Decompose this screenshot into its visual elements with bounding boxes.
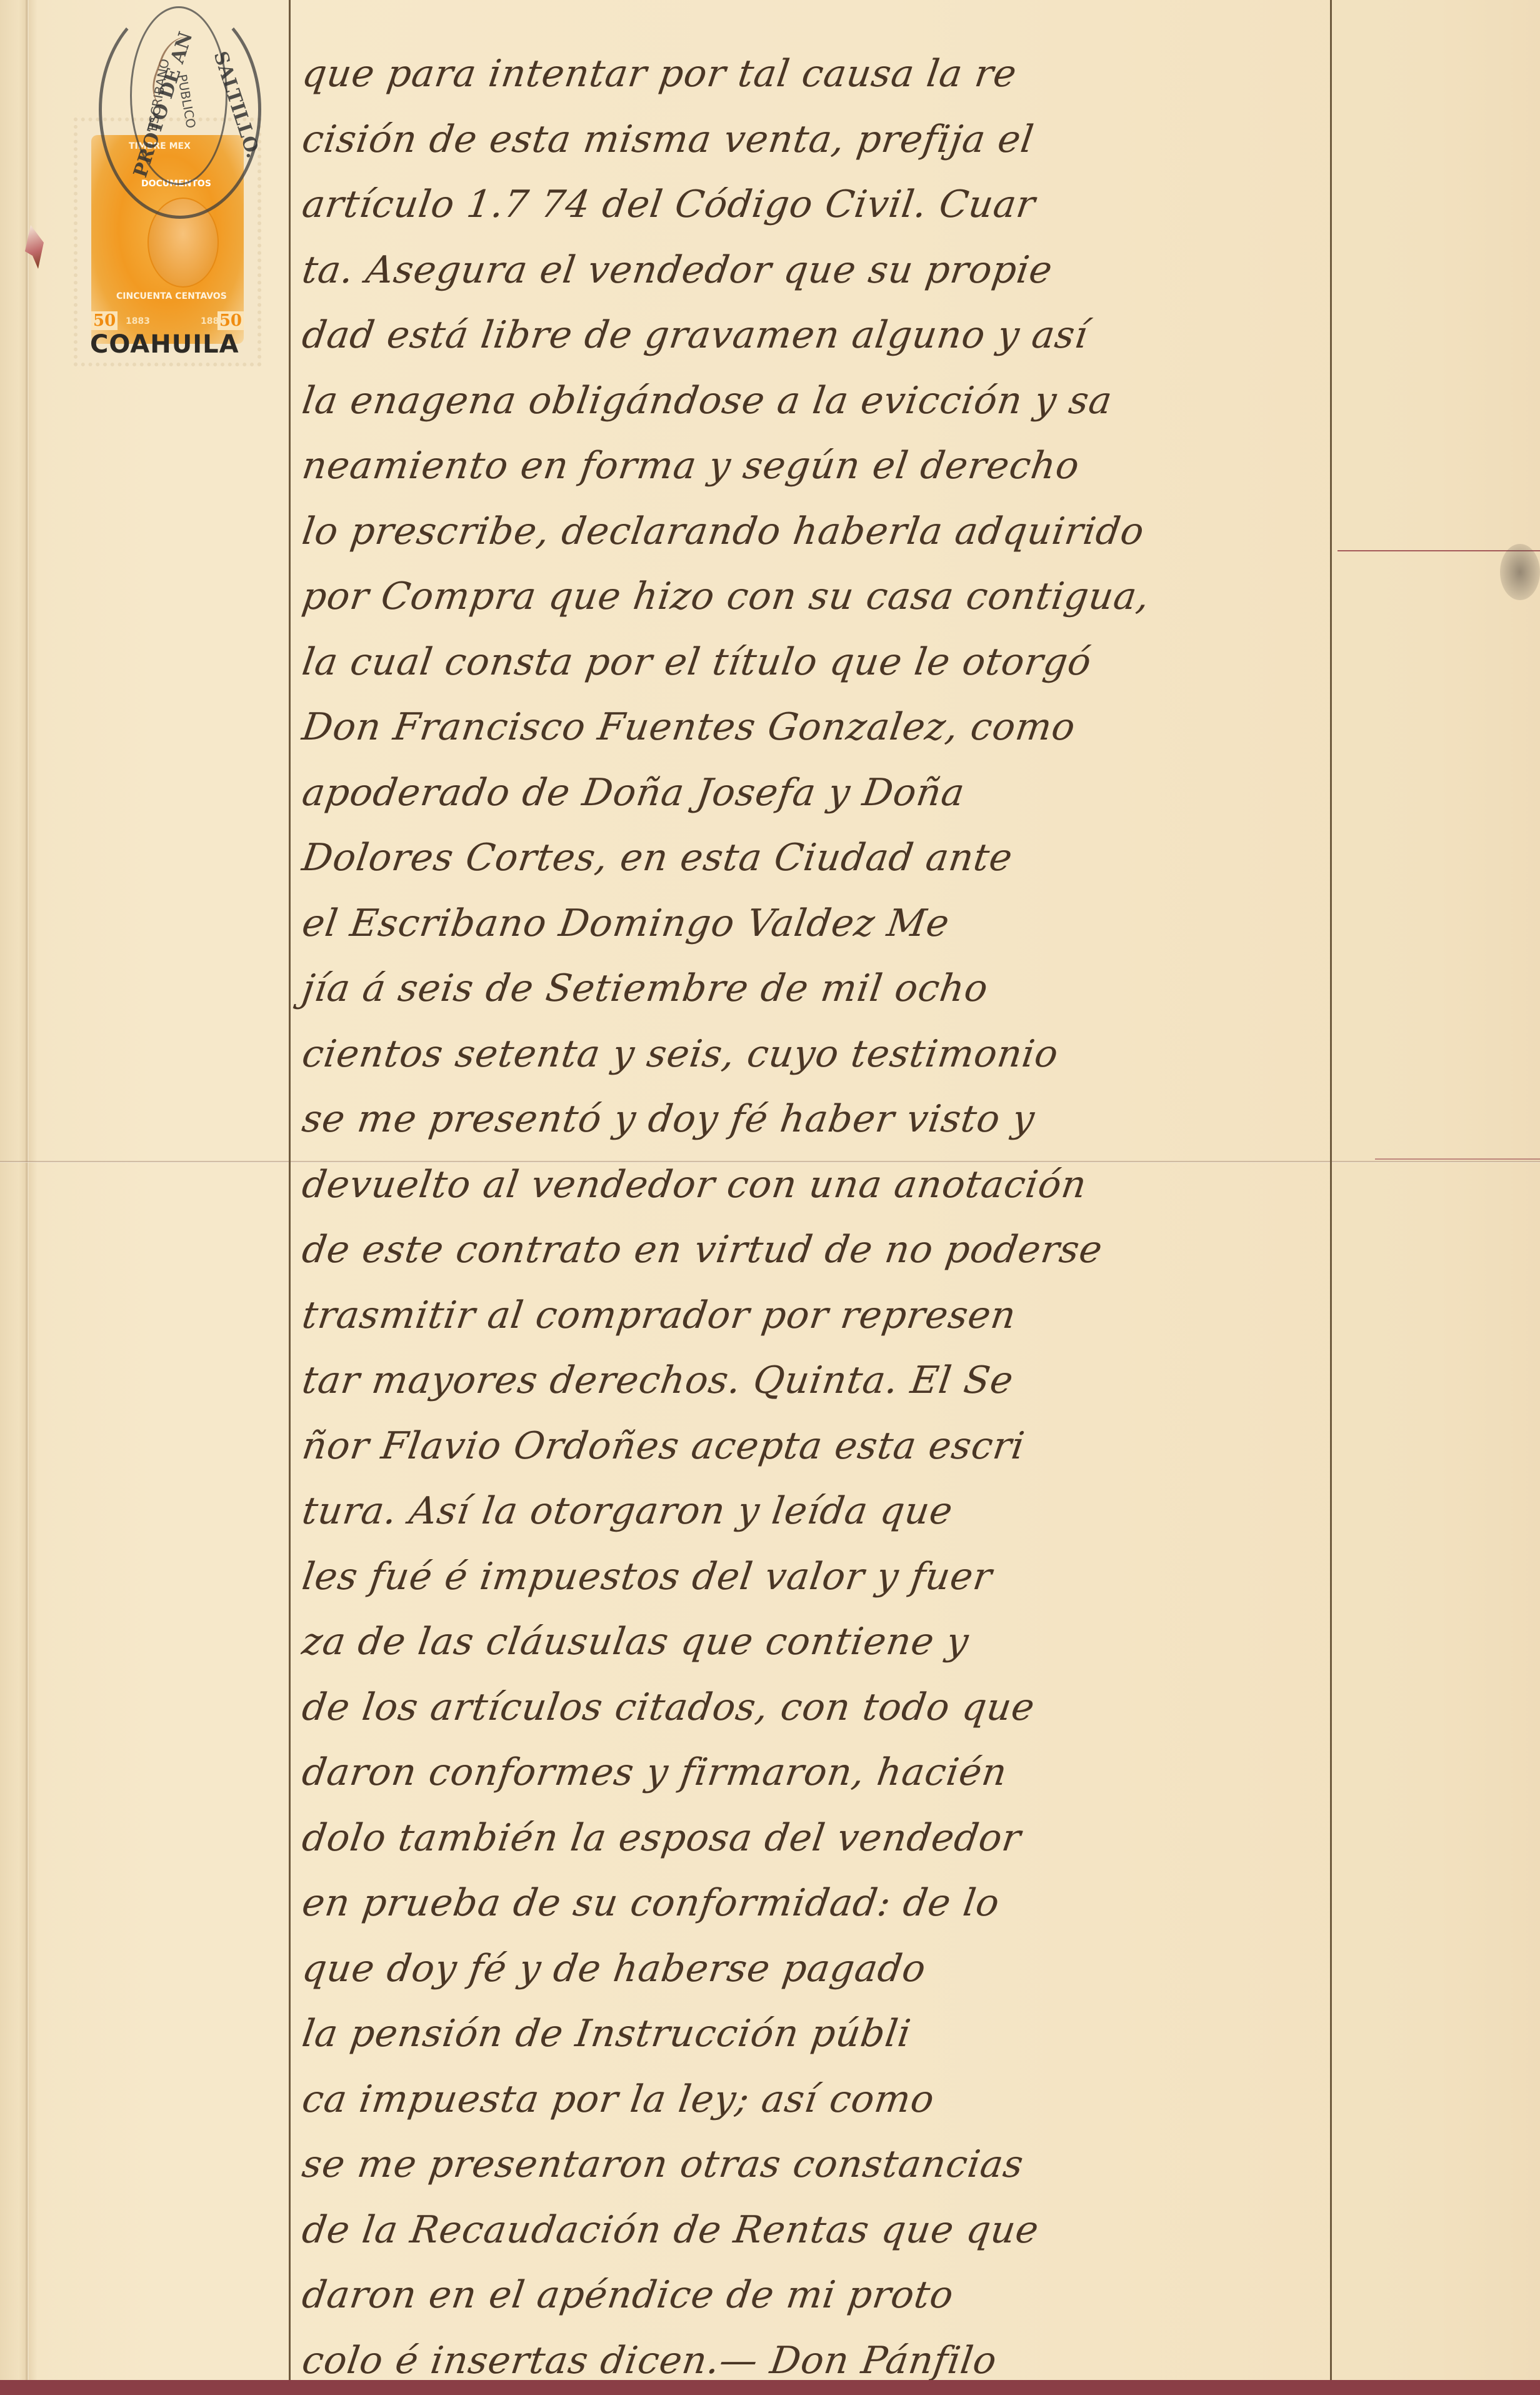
text-line: artículo 1.7 74 del Código Civil. Cuar [298,172,1332,238]
text-line: se me presentó y doy fé haber visto y [298,1087,1332,1152]
text-line: la cual consta por el título que le otor… [298,630,1332,695]
text-line: daron conformes y firmaron, hacién [298,1740,1332,1805]
text-line: tar mayores derechos. Quinta. El Se [298,1348,1332,1413]
text-line: dad está libre de gravamen alguno y así [298,303,1332,368]
text-line: de la Recaudación de Rentas que que [298,2197,1332,2263]
left-margin-rule [289,0,291,2380]
text-line: za de las cláusulas que contiene y [298,1609,1332,1675]
text-line: les fué é impuestos del valor y fuer [298,1544,1332,1610]
ink-stain [1500,544,1540,600]
stamp-overprint: COAHUILA [90,330,239,359]
text-line: trasmitir al comprador por represen [298,1283,1332,1348]
text-line: jía á seis de Setiembre de mil ocho [298,956,1332,1022]
text-line: la enagena obligándose a la evicción y s… [298,368,1332,434]
document-page: TIMBRE MEX DOCUMENTOS CINCUENTA CENTAVOS… [0,0,1540,2380]
text-line: por Compra que hizo con su casa contigua… [298,564,1332,630]
text-line: Dolores Cortes, en esta Ciudad ante [298,825,1332,891]
text-line: de los artículos citados, con todo que [298,1675,1332,1740]
crease-tear-right-lower [1375,1158,1540,1160]
text-line: ca impuesta por la ley; así como [298,2067,1332,2132]
text-line: cisión de esta misma venta, prefija el [298,107,1332,173]
text-line: tura. Así la otorgaron y leída que [298,1479,1332,1544]
text-line: se me presentaron otras constancias [298,2132,1332,2197]
stamp-value-left: 50 [91,311,117,330]
text-line: en prueba de su conformidad: de lo [298,1870,1332,1936]
text-line: ñor Flavio Ordoñes acepta esta escri [298,1413,1332,1479]
page-fold-left [25,0,29,2380]
backing-band [0,2380,1540,2395]
text-line: devuelto al vendedor con una anotación [298,1152,1332,1218]
text-line: daron en el apéndice de mi proto [298,2262,1332,2328]
text-line: que doy fé y de haberse pagado [298,1936,1332,2002]
text-line: de este contrato en virtud de no poderse [298,1217,1332,1283]
text-line: lo prescribe, declarando haberla adquiri… [298,499,1332,565]
text-line: neamiento en forma y según el derecho [298,433,1332,499]
text-line: el Escribano Domingo Valdez Me [298,891,1332,956]
stamp-year-left: 1883 [126,316,150,326]
text-line: que para intentar por tal causa la re [298,41,1332,107]
text-line: cientos setenta y seis, cuyo testimonio [298,1022,1332,1087]
text-line: la pensión de Instrucción públi [298,2001,1332,2067]
right-margin-rule [1330,0,1332,2380]
text-line: ta. Asegura el vendedor que su propie [298,238,1332,303]
stamp-value-right: 50 [217,311,244,330]
text-line: apoderado de Doña Josefa y Doña [298,760,1332,826]
handwritten-text: que para intentar por tal causa la re ci… [302,41,1327,2393]
text-line: Don Francisco Fuentes Gonzalez, como [298,695,1332,760]
text-line: dolo también la esposa del vendedor [298,1805,1332,1871]
stamp-denomination: CINCUENTA CENTAVOS [116,291,227,301]
